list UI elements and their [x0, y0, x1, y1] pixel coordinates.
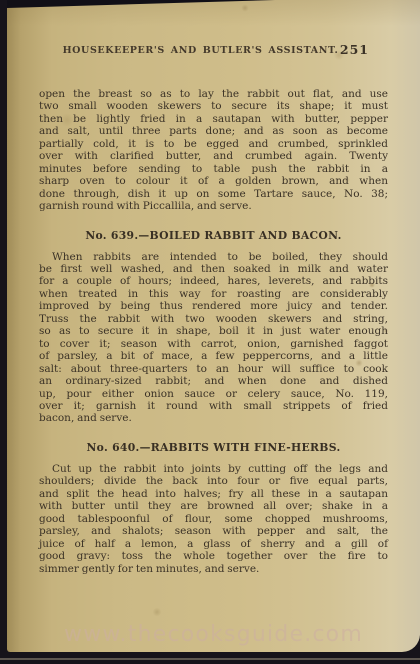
book-page-scan: HOUSEKEEPER'S AND BUTLER'S ASSISTANT. 25…: [0, 0, 420, 664]
text-line: done through, dish it up on some Tartare…: [39, 188, 388, 200]
text-line: shoulders; divide the back into four or …: [39, 475, 388, 487]
text-line: simmer gently for ten minutes, and serve…: [39, 563, 388, 575]
paragraph-roast-rabbit-continuation: open the breast so as to lay the rabbit …: [39, 88, 388, 213]
text-line: juice of half a lemon, a glass of sherry…: [39, 538, 388, 550]
text-line: be first well washed, and then soaked in…: [39, 263, 388, 275]
text-line: good tablespoonful of flour, some choppe…: [39, 513, 388, 525]
paragraph-recipe-640: Cut up the rabbit into joints by cutting…: [39, 463, 388, 575]
text-line: for a couple of hours; indeed, hares, le…: [39, 275, 388, 287]
text-line: bacon, and serve.: [39, 412, 388, 424]
text-line: improved by being thus rendered more jui…: [39, 300, 388, 312]
recipe-heading-640: No. 640.—RABBITS WITH FINE-HERBS.: [39, 441, 388, 454]
text-line: to cover it; season with carrot, onion, …: [39, 338, 388, 350]
text-line: When rabbits are intended to be boiled, …: [39, 251, 388, 263]
page-content: HOUSEKEEPER'S AND BUTLER'S ASSISTANT. 25…: [39, 0, 388, 575]
text-line: Truss the rabbit with two wooden skewers…: [39, 313, 388, 325]
text-line: up, pour either onion sauce or celery sa…: [39, 388, 388, 400]
recipe-heading-639: No. 639.—BOILED RABBIT AND BACON.: [39, 229, 388, 242]
text-line: so as to secure it in shape, boil it in …: [39, 325, 388, 337]
text-line: partially cold, it is to be egged and cr…: [39, 138, 388, 150]
text-line: salt: about three-quarters to an hour wi…: [39, 363, 388, 375]
text-line: with butter until they are browned all o…: [39, 500, 388, 512]
paragraph-recipe-639: When rabbits are intended to be boiled, …: [39, 251, 388, 425]
text-line: open the breast so as to lay the rabbit …: [39, 88, 388, 100]
text-line: and split the head into halves; fry all …: [39, 488, 388, 500]
page-paper: HOUSEKEEPER'S AND BUTLER'S ASSISTANT. 25…: [7, 0, 420, 652]
text-line: when treated in this way for roasting ar…: [39, 288, 388, 300]
text-line: good gravy: toss the whole together over…: [39, 550, 388, 562]
scan-bottom-edge-line: [0, 658, 420, 660]
text-line: then be lightly fried in a sautapan with…: [39, 113, 388, 125]
watermark-text: www.thecooksguide.com: [7, 622, 420, 647]
text-line: over it; garnish it round with small str…: [39, 400, 388, 412]
page-number: 251: [340, 42, 369, 58]
running-title: HOUSEKEEPER'S AND BUTLER'S ASSISTANT.: [26, 44, 375, 58]
text-line: two small wooden skewers to secure its s…: [39, 100, 388, 112]
text-line: parsley, and shalots; season with pepper…: [39, 525, 388, 537]
text-line: garnish round with Piccallila, and serve…: [39, 200, 388, 212]
text-line: minutes before sending to table push the…: [39, 163, 388, 175]
text-line: and salt, until three parts done; and as…: [39, 125, 388, 137]
text-line: sharp oven to colour it of a golden brow…: [39, 175, 388, 187]
text-line: over with clarified butter, and crumbed …: [39, 150, 388, 162]
page-header: HOUSEKEEPER'S AND BUTLER'S ASSISTANT. 25…: [39, 44, 388, 58]
text-line: of parsley, a bit of mace, a few pepperc…: [39, 350, 388, 362]
text-line: Cut up the rabbit into joints by cutting…: [39, 463, 388, 475]
text-line: an ordinary-sized rabbit; and when done …: [39, 375, 388, 387]
